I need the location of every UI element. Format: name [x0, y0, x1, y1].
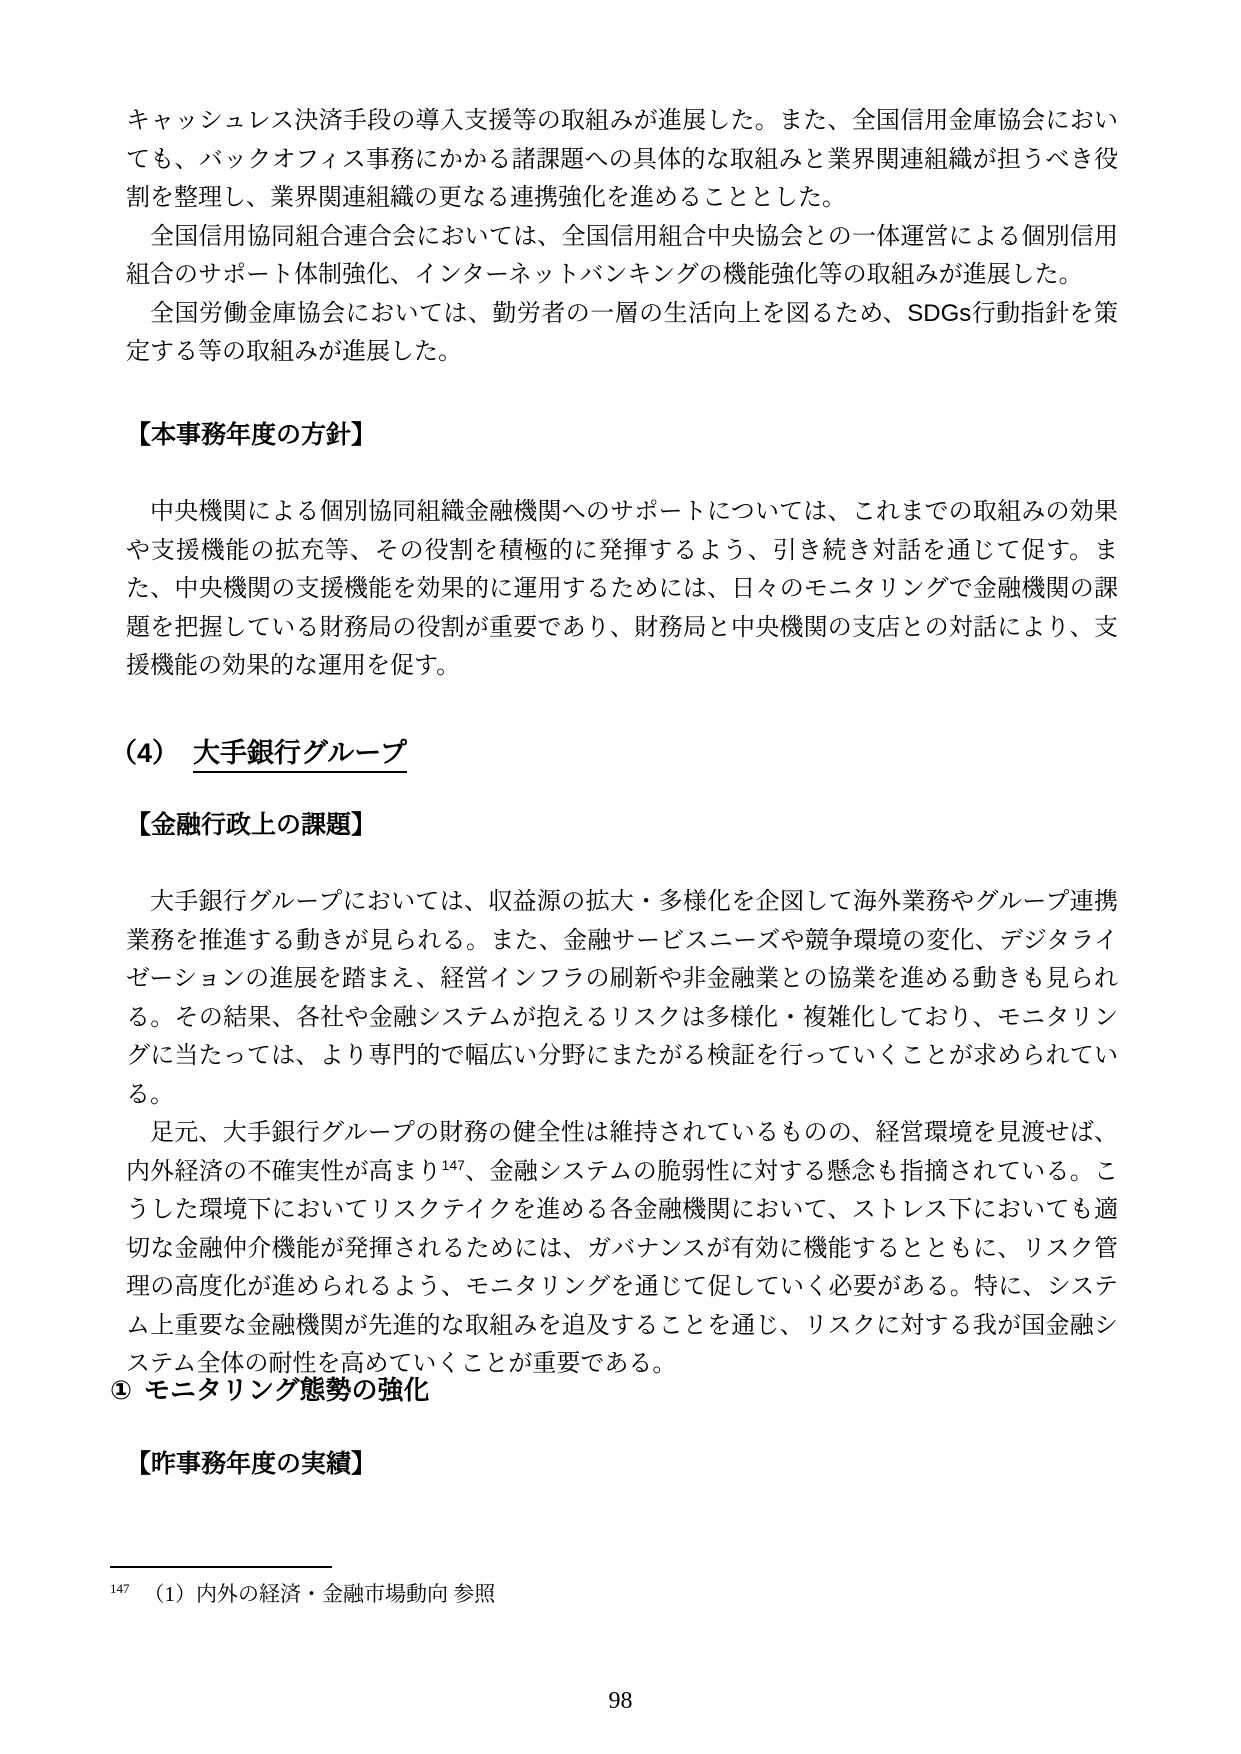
- body-paragraph-soundness: 足元、大手銀行グループの財務の健全性は維持されているものの、経営環境を見渡せば、…: [126, 1114, 1118, 1384]
- heading-current-year-policy: 【本事務年度の方針】: [126, 416, 1118, 455]
- footnote-ref: 147: [442, 1157, 465, 1173]
- body-paragraph-shinkumi: 全国信用協同組合連合会においては、全国信用組合中央協会との一体運営による個別信用…: [126, 218, 1118, 295]
- footnote: 147（1）内外の経済・金融市場動向 参照: [110, 1580, 1118, 1608]
- paragraph-text-after-ref: 、金融システムの脆弱性に対する懸念も指摘されている。こうした環境下においてリスク…: [126, 1158, 1118, 1378]
- heading-last-year-results: 【昨事務年度の実績】: [126, 1445, 1118, 1484]
- footnote-text: （1）内外の経済・金融市場動向 参照: [144, 1582, 496, 1606]
- footnote-separator: [110, 1566, 332, 1568]
- major-bank-paragraphs: 大手銀行グループにおいては、収益源の拡大・多様化を企図して海外業務やグループ連携…: [110, 883, 1118, 1384]
- section-number: （4）: [110, 738, 179, 768]
- section-heading-major-bank-groups: （4）大手銀行グループ: [110, 733, 1118, 773]
- heading-regulatory-issues: 【金融行政上の課題】: [126, 806, 1118, 845]
- footnote-area: 147（1）内外の経済・金融市場動向 参照: [110, 1566, 1118, 1608]
- body-paragraph-bank-groups: 大手銀行グループにおいては、収益源の拡大・多様化を企図して海外業務やグループ連携…: [126, 883, 1118, 1114]
- subsection-title: モニタリング態勢の強化: [144, 1375, 429, 1405]
- subsection-number: ①: [110, 1375, 132, 1405]
- subsection-heading-monitoring: ①モニタリング態勢の強化: [110, 1371, 1118, 1409]
- body-paragraph-central-orgs: 中央機関による個別協同組織金融機関へのサポートについては、これまでの取組みの効果…: [126, 493, 1118, 686]
- intro-paragraphs: キャッシュレス決済手段の導入支援等の取組みが進展した。また、全国信用金庫協会にお…: [110, 102, 1118, 372]
- body-paragraph-cashless: キャッシュレス決済手段の導入支援等の取組みが進展した。また、全国信用金庫協会にお…: [126, 102, 1118, 218]
- footnote-marker: 147: [110, 1581, 130, 1596]
- page-number: 98: [0, 1686, 1241, 1716]
- section-title: 大手銀行グループ: [193, 738, 407, 773]
- body-paragraph-rokin: 全国労働金庫協会においては、勤労者の一層の生活向上を図るため、SDGs行動指針を…: [126, 295, 1118, 372]
